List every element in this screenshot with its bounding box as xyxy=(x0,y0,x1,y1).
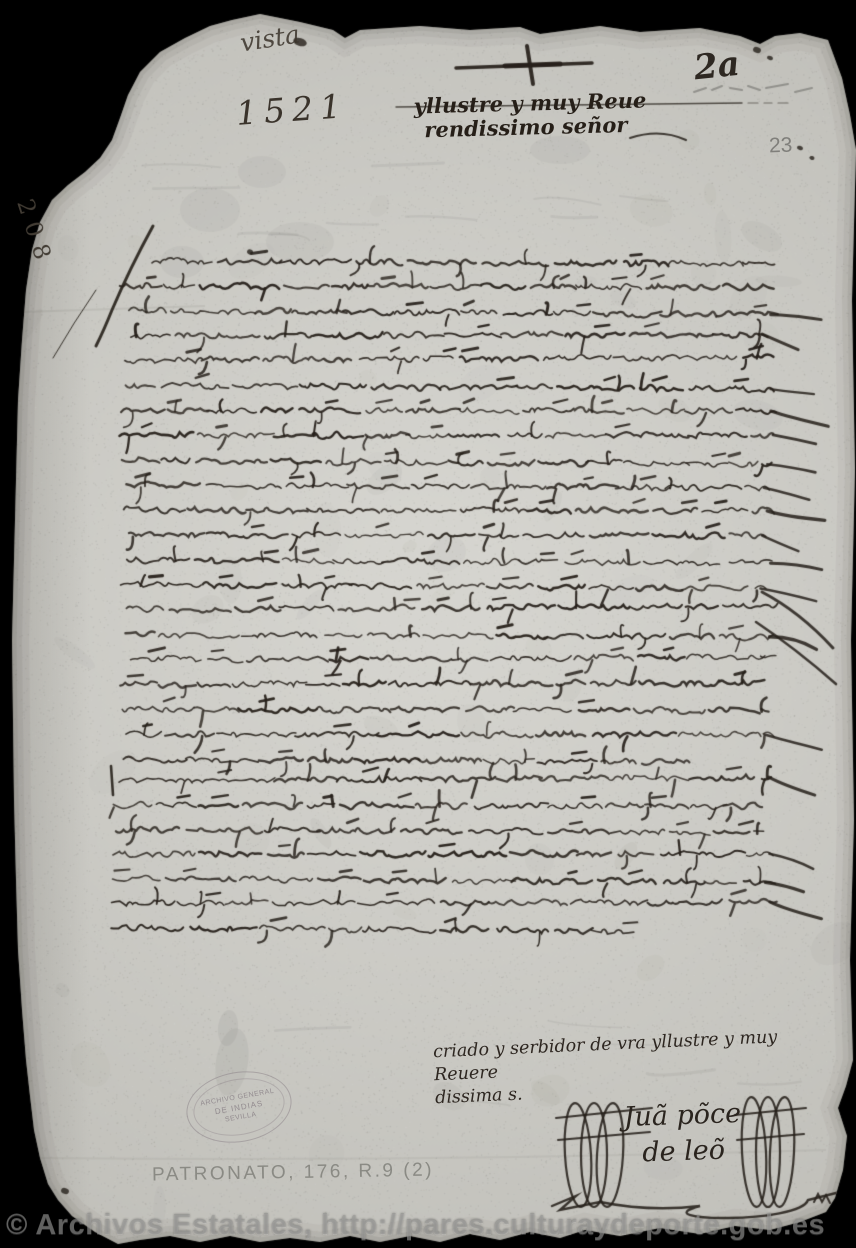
folio-number-pencil: 23 xyxy=(769,134,793,159)
stamp-line-1: ARCHIVO GENERAL xyxy=(200,1087,275,1107)
letter-salutation: yllustre y muy Reue rendissimo señor xyxy=(413,87,684,142)
signature-text: Juã põce de leõ xyxy=(607,1095,759,1172)
signature-line-2: de leõ xyxy=(608,1131,759,1172)
stamp-line-2: DE INDIAS xyxy=(214,1098,264,1115)
pares-watermark: © Archivos Estatales, http://pares.cultu… xyxy=(6,1209,825,1242)
folio-mark-2a: 2a xyxy=(692,44,742,89)
document-scan: vista 1521 2a 23 208 yllustre y muy Reue… xyxy=(0,0,856,1248)
stamp-line-3: SEVILLA xyxy=(224,1111,257,1123)
annotation-year-1521: 1521 xyxy=(235,86,349,133)
signature-line-1: Juã põce xyxy=(607,1095,758,1136)
